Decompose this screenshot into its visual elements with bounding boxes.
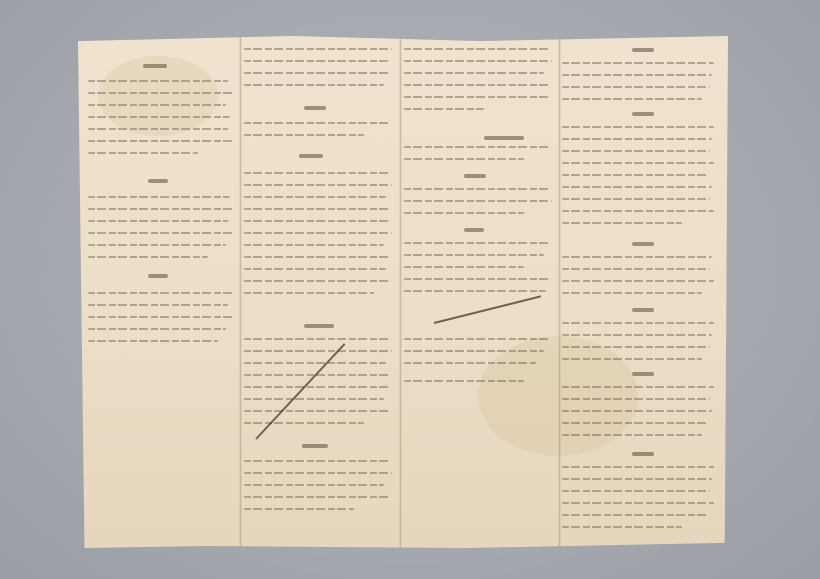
manuscript-column-2 xyxy=(244,46,396,538)
strike-through-mark xyxy=(434,295,541,324)
manuscript-column-4 xyxy=(562,46,720,538)
manuscript-column-1 xyxy=(88,46,238,538)
strike-through-mark xyxy=(255,343,345,439)
fold-line xyxy=(558,36,561,548)
manuscript-column-3 xyxy=(404,46,556,538)
fold-line xyxy=(239,36,242,548)
manuscript-sheet xyxy=(78,36,728,548)
fold-line xyxy=(399,36,402,548)
